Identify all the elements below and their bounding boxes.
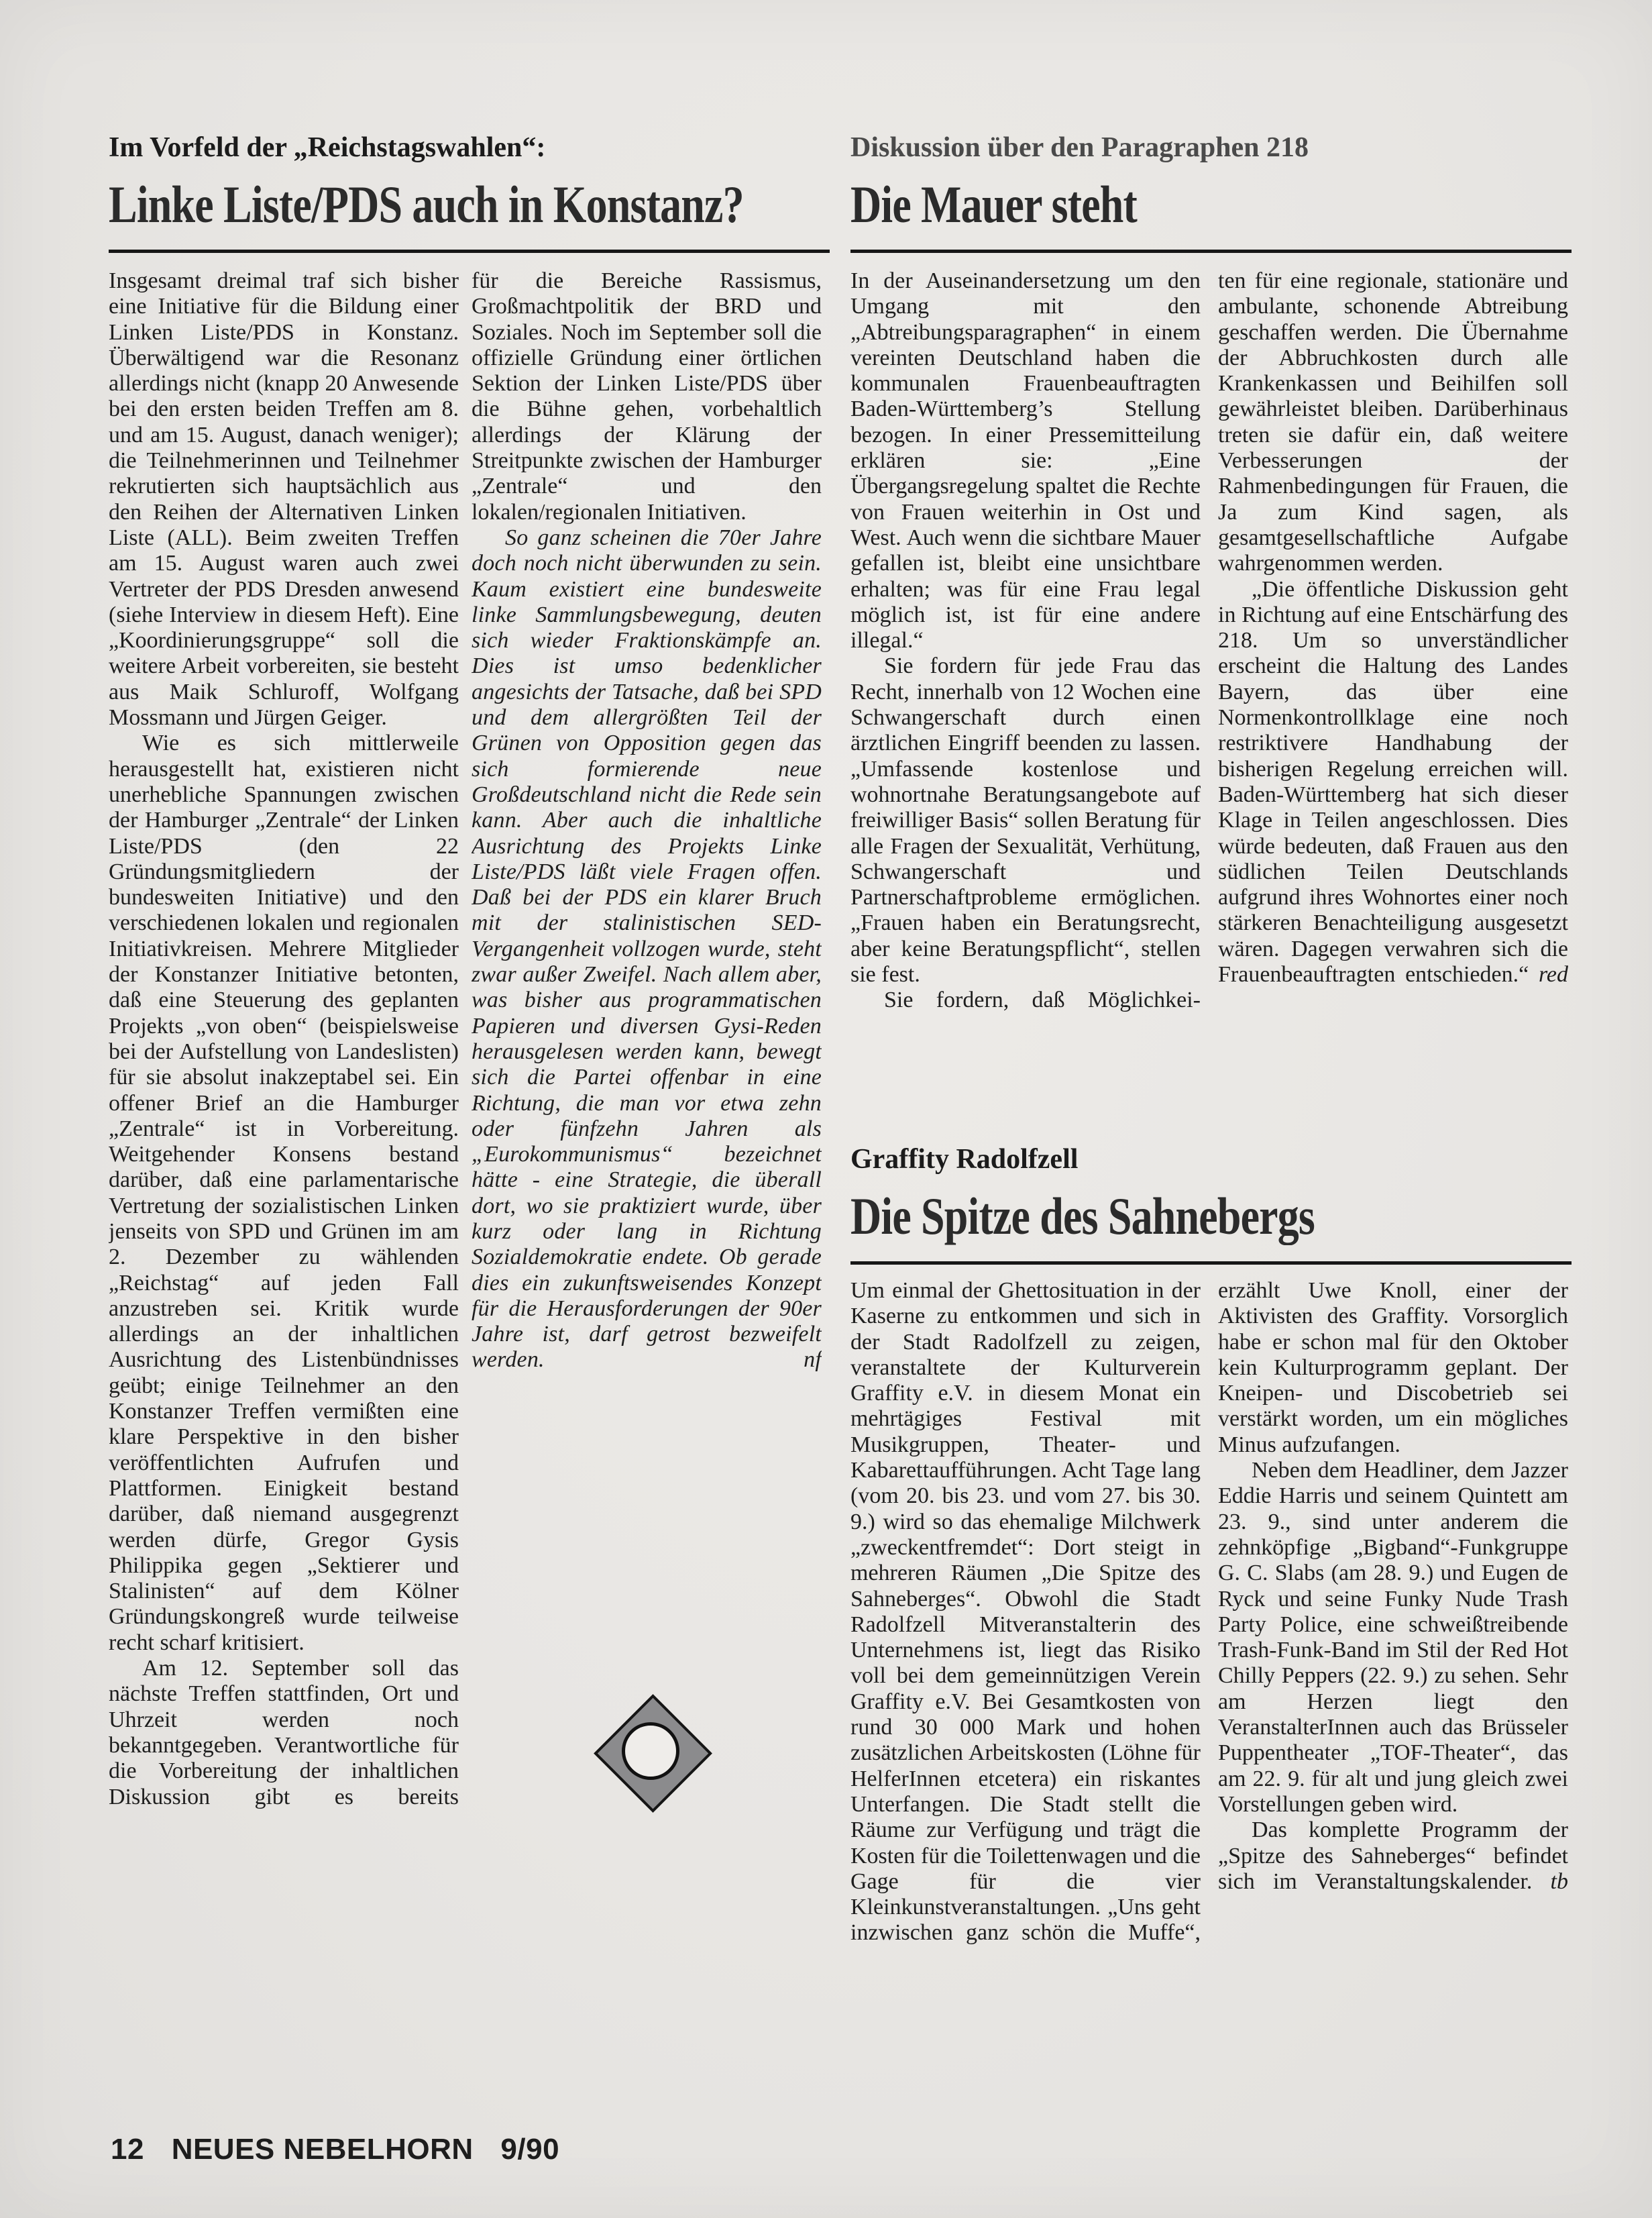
article-2-headline: Die Mauer steht (850, 178, 1572, 237)
body-paragraph: Sie fordern, daß Möglichkei- (850, 988, 1201, 1013)
article-1-column-2: für die Bereiche Rassismus, Großmachtpol… (472, 268, 822, 2080)
article-1-headline: Linke Liste/PDS auch in Konstanz? (109, 178, 830, 237)
page-footer: 12 NEUES NEBELHORN 9/90 (111, 2135, 559, 2164)
circle-cutout (622, 1722, 679, 1780)
body-paragraph: Sie fordern für jede Frau das Recht, inn… (850, 653, 1201, 988)
article-3-column-1: Um einmal der Ghettosituation in der Kas… (850, 1278, 1201, 2204)
article-1-column-1: Insgesamt dreimal traf sich bisher eine … (109, 268, 459, 2080)
article-2-header: Diskussion über den Paragraphen 218 Die … (850, 133, 1572, 253)
author-initials: red (1539, 962, 1568, 987)
body-paragraph: Am 12. September soll das nächste Treffe… (109, 1656, 459, 1810)
article-2-kicker: Diskussion über den Paragraphen 218 (850, 133, 1572, 162)
diamond-circle-ornament (595, 1695, 706, 1807)
article-1-header: Im Vorfeld der „Reichstagswahlen“: Linke… (109, 133, 830, 253)
body-paragraph: Neben dem Headliner, dem Jazzer Eddie Ha… (1218, 1458, 1568, 1817)
body-paragraph: In der Auseinandersetzung um den Umgang … (850, 268, 1201, 653)
article-3-column-2: erzählt Uwe Knoll, einer der Aktivisten … (1218, 1278, 1568, 2204)
author-initials: nf (804, 1347, 822, 1372)
article-1-headline-rule (109, 250, 830, 253)
article-1-kicker: Im Vorfeld der „Reichstagswahlen“: (109, 133, 830, 162)
article-3-header: Graffity Radolfzell Die Spitze des Sahne… (850, 1145, 1572, 1265)
article-2-column-1: In der Auseinandersetzung um den Umgang … (850, 268, 1201, 1120)
article-3-headline: Die Spitze des Sahnebergs (850, 1190, 1572, 1249)
author-initials: tb (1551, 1869, 1568, 1894)
magazine-name: NEUES NEBELHORN (172, 2133, 474, 2166)
article-2-column-2: ten für eine regionale, stationäre und a… (1218, 268, 1568, 1120)
body-paragraph: für die Bereiche Rassismus, Großmachtpol… (472, 268, 822, 525)
body-paragraph: „Die öffentliche Diskussion geht in Rich… (1218, 577, 1568, 988)
body-paragraph: ten für eine regionale, stationäre und a… (1218, 268, 1568, 577)
article-2-headline-rule (850, 250, 1572, 253)
body-paragraph: erzählt Uwe Knoll, einer der Aktivisten … (1218, 1278, 1568, 1458)
newspaper-page: Im Vorfeld der „Reichstagswahlen“: Linke… (0, 0, 1652, 2218)
body-paragraph: Um einmal der Ghettosituation in der Kas… (850, 1278, 1201, 1946)
body-paragraph: Das komplette Programm der „Spitze des S… (1218, 1817, 1568, 1895)
body-paragraph: So ganz scheinen die 70er Jahre doch noc… (472, 525, 822, 1373)
body-paragraph: Wie es sich mittlerweile herausgestellt … (109, 731, 459, 1656)
article-3-kicker: Graffity Radolfzell (850, 1145, 1572, 1174)
body-paragraph: Insgesamt dreimal traf sich bisher eine … (109, 268, 459, 731)
issue-number: 9/90 (500, 2133, 559, 2166)
article-3-headline-rule (850, 1261, 1572, 1265)
page-number: 12 (111, 2133, 144, 2166)
